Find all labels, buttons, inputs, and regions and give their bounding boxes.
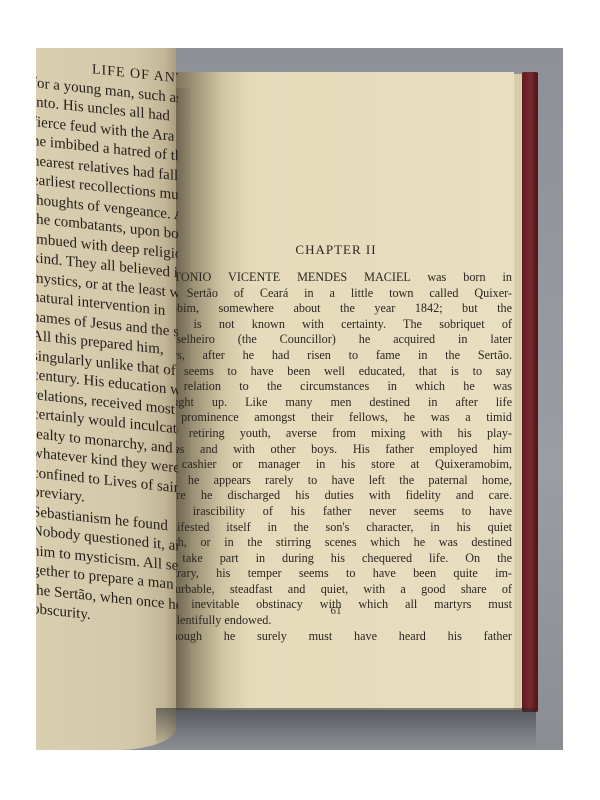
book-photo: CHAPTER II ANTONIO VICENTE MENDES MACIEL… — [36, 48, 563, 750]
book-cover-edge — [522, 72, 538, 712]
page-number: 61 — [166, 605, 506, 617]
chapter-title: CHAPTER II — [166, 242, 506, 258]
book-shadow — [156, 708, 536, 748]
right-page: CHAPTER II ANTONIO VICENTE MENDES MACIEL… — [166, 72, 514, 710]
left-page-body: LIFE OF ANTONIO for a young man, such as… — [36, 54, 212, 638]
left-page: LIFE OF ANTONIO for a young man, such as… — [36, 48, 176, 750]
